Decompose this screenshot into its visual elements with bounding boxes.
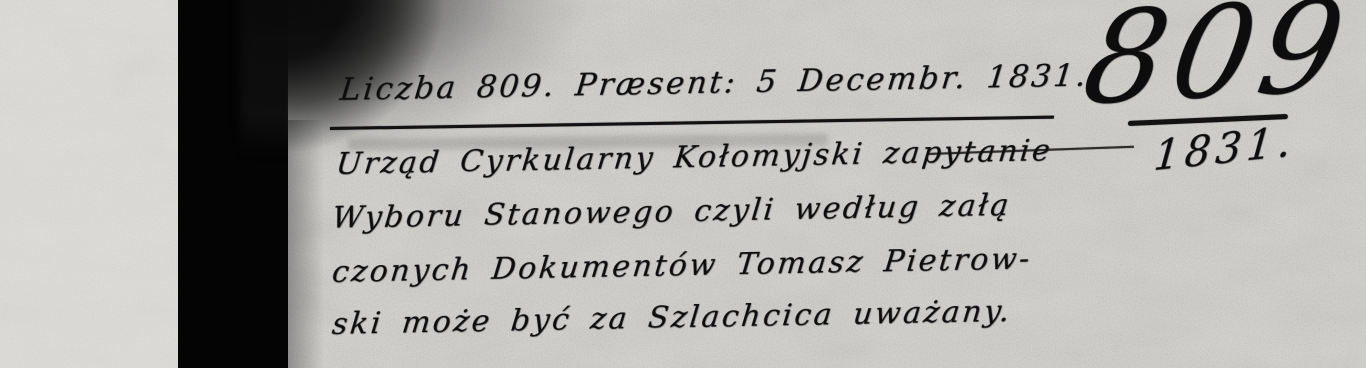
adjacent-page-strip: [0, 0, 178, 368]
document-scan: Liczba 809. Præsent: 5 Decembr. 1831. Ur…: [0, 0, 1366, 368]
registry-number: 809: [1076, 0, 1360, 123]
gutter-edge-shade: [288, 120, 324, 368]
